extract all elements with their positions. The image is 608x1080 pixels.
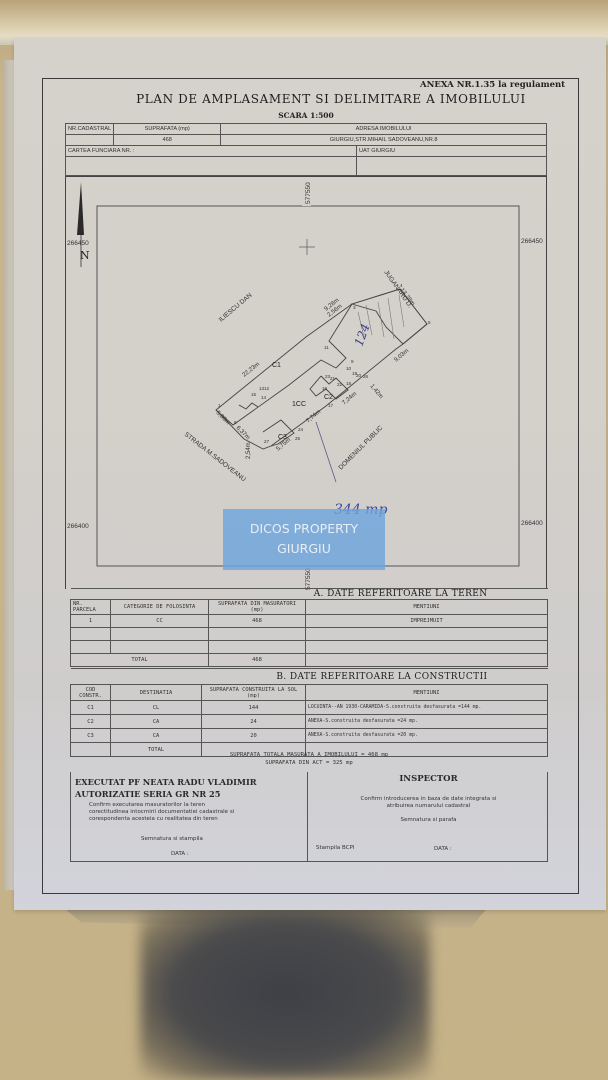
neighbor-nw: ILIESCU DAN <box>218 292 254 324</box>
executor-signature-label: Semnatura si stampila <box>141 836 203 843</box>
neighbor-sw: STRADA M.SADOVEANU <box>183 431 247 483</box>
svg-text:C2: C2 <box>324 394 333 401</box>
coord-left-bottom: 266400 <box>67 523 89 530</box>
executor-authorization: AUTORIZATIE SERIA GR NR 25 <box>75 788 257 800</box>
svg-text:14: 14 <box>261 395 267 400</box>
col-nr-parcela: NR. PARCELA <box>71 600 111 615</box>
nr-cadastral-value <box>66 135 114 146</box>
col-mentiuni-b: MENTIUNI <box>306 685 548 701</box>
document-title: PLAN DE AMPLASAMENT SI DELIMITARE A IMOB… <box>96 92 566 106</box>
camera-shadow <box>140 905 430 1080</box>
col-cod-constr: COD CONSTR. <box>71 685 111 701</box>
svg-text:26: 26 <box>363 374 369 379</box>
cartea-funciara-blank <box>66 157 357 176</box>
col-suprafata: SUPRAFATA DIN MASURATORI (mp) <box>209 600 306 615</box>
svg-text:9: 9 <box>351 359 354 364</box>
svg-text:1: 1 <box>218 403 221 408</box>
coord-bottom: 577550 <box>305 568 312 590</box>
signature-block: EXECUTAT PF NEATA RADU VLADIMIR AUTORIZA… <box>70 772 548 862</box>
watermark-line-2: GIURGIU <box>223 539 385 559</box>
svg-text:4: 4 <box>400 283 403 288</box>
adresa-label: ADRESA IMOBILULUI <box>221 124 547 135</box>
svg-text:N: N <box>80 249 90 262</box>
neighbor-se: DOMENIUL PUBLIC <box>337 424 384 471</box>
section-a-title: A. DATE REFERITOARE LA TEREN <box>71 589 548 600</box>
nr-cadastral-label: NR.CADASTRAL <box>66 124 114 135</box>
svg-text:11: 11 <box>324 345 329 350</box>
cartea-funciara-label: CARTEA FUNCIARA NR. : <box>66 146 357 157</box>
svg-text:3: 3 <box>353 305 356 310</box>
svg-text:C1: C1 <box>272 362 281 369</box>
coord-top: 577550 <box>305 182 312 204</box>
dimension-labels: 22,23m 9,28m 2,56m 13,28m 9,03m 1,42m 7,… <box>215 288 416 459</box>
bcpi-stamp-label: Stampila BCPI <box>316 845 355 852</box>
uat-blank <box>357 157 547 176</box>
table-row: C1 CL 144 LOCUINTA--AN 1930-CARAMIDA-S.c… <box>71 701 548 715</box>
svg-text:C3: C3 <box>278 434 287 441</box>
table-row: C3 CA 20 ANEXA-S.construita desfasurata … <box>71 729 548 743</box>
watermark-line-1: DICOS PROPERTY <box>223 519 385 539</box>
summary: SUPRAFATA TOTALA MASURATA A IMOBILULUI =… <box>70 751 548 767</box>
adresa-value: GIURGIU,STR.MIHAIL SADOVEANU,NR.8 <box>221 135 547 146</box>
svg-text:25: 25 <box>295 436 301 441</box>
uat-label: UAT GIURGIU <box>357 146 547 157</box>
table-row: 1 CC 468 IMPREJMUIT <box>71 615 548 628</box>
svg-text:17: 17 <box>328 403 334 408</box>
col-destinatia: DESTINATIA <box>111 685 202 701</box>
col-suprafata-construita: SUPRAFATA CONSTRUITA LA SOL (mp) <box>202 685 306 701</box>
svg-text:2,54m: 2,54m <box>246 442 252 459</box>
coord-right-bottom: 266400 <box>521 520 543 527</box>
executor-name: EXECUTAT PF NEATA RADU VLADIMIR <box>75 776 257 788</box>
area-from-deed: SUPRAFATA DIN ACT = 325 mp <box>70 759 548 767</box>
scale-label: SCARA 1:500 <box>96 111 516 120</box>
total-measured-area: SUPRAFATA TOTALA MASURATA A IMOBILULUI =… <box>70 751 548 759</box>
inspector-signature-label: Semnatura si parafa <box>308 817 549 824</box>
coord-left-top: 266450 <box>67 240 89 247</box>
svg-text:1,42m: 1,42m <box>368 383 383 400</box>
svg-text:23: 23 <box>325 374 331 379</box>
svg-text:10: 10 <box>346 366 352 371</box>
suprafata-value: 468 <box>114 135 221 146</box>
svg-text:21: 21 <box>330 376 336 381</box>
inspector-confirmation: Confirm introducerea in baza de date int… <box>308 796 549 810</box>
svg-text:6,37m: 6,37m <box>235 425 251 441</box>
svg-text:5: 5 <box>428 320 431 325</box>
svg-text:22: 22 <box>337 382 343 387</box>
inspector-title: INSPECTOR <box>308 774 549 784</box>
svg-text:13: 13 <box>259 386 265 391</box>
svg-text:18: 18 <box>346 381 352 386</box>
agency-watermark: DICOS PROPERTY GIURGIU <box>223 509 385 570</box>
coord-right-top: 266450 <box>521 238 543 245</box>
handwritten-area-124: 124 <box>352 322 373 348</box>
executor-block: EXECUTAT PF NEATA RADU VLADIMIR AUTORIZA… <box>71 772 308 862</box>
section-a-table: A. DATE REFERITOARE LA TEREN NR. PARCELA… <box>70 588 548 667</box>
table-row-total: TOTAL 468 <box>71 654 548 667</box>
svg-text:20: 20 <box>356 373 362 378</box>
table-row <box>71 641 548 654</box>
svg-text:9,03m: 9,03m <box>393 348 410 363</box>
col-mentiuni: MENTIUNI <box>306 600 548 615</box>
svg-text:27: 27 <box>264 439 270 444</box>
north-arrow-icon: N <box>77 182 90 267</box>
handwritten-pointer <box>316 422 336 482</box>
total-value: 468 <box>209 654 306 667</box>
table-row <box>71 628 548 641</box>
inspector-block: INSPECTOR Confirm introducerea in baza d… <box>308 772 549 862</box>
section-b-table: B. DATE REFERITOARE LA CONSTRUCTII COD C… <box>70 668 548 757</box>
svg-text:8: 8 <box>234 420 237 425</box>
annex-label: ANEXA NR.1.35 la regulament <box>420 80 565 90</box>
svg-text:7,74m: 7,74m <box>305 409 322 424</box>
executor-date-label: DATA : <box>171 851 189 858</box>
suprafata-label: SUPRAFATA (mp) <box>114 124 221 135</box>
svg-text:24: 24 <box>298 427 304 432</box>
svg-text:12: 12 <box>264 386 270 391</box>
table-row: C2 CA 24 ANEXA-S.construita desfasurata … <box>71 715 548 729</box>
header-table: NR.CADASTRAL SUPRAFATA (mp) ADRESA IMOBI… <box>65 123 547 176</box>
total-label: TOTAL <box>71 654 209 667</box>
executor-confirmation: Confirm executarea masuratorilor la tere… <box>89 802 234 823</box>
col-categorie: CATEGORIE DE FOLOSINTA <box>111 600 209 615</box>
svg-text:1CC: 1CC <box>292 401 306 408</box>
section-b-title: B. DATE REFERITOARE LA CONSTRUCTII <box>71 669 548 685</box>
inspector-date-label: DATA : <box>434 846 452 853</box>
svg-text:15: 15 <box>251 392 257 397</box>
svg-text:5,60m: 5,60m <box>215 410 231 426</box>
svg-text:16: 16 <box>322 386 328 391</box>
